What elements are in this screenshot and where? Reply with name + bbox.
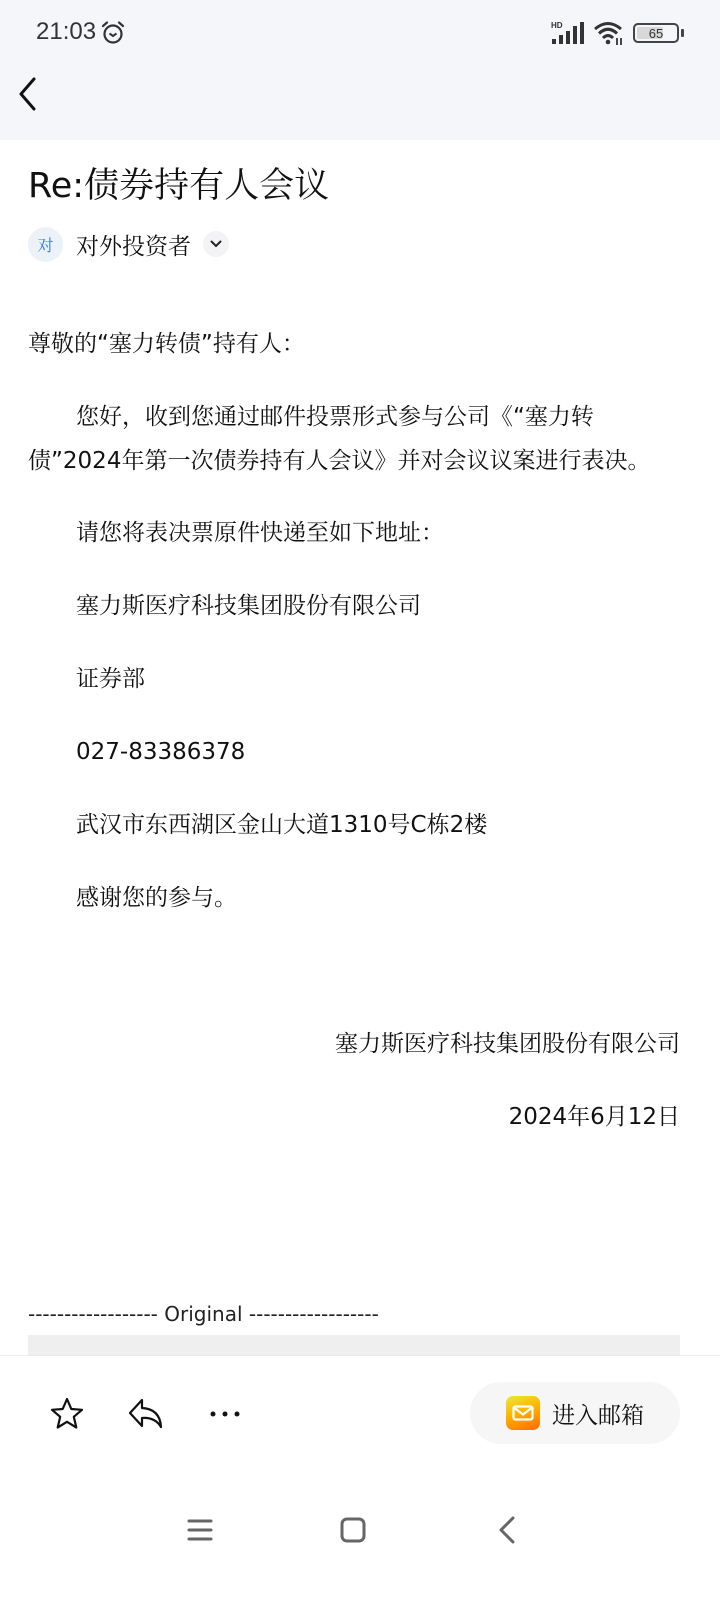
- email-line-thanks: 感谢您的参与。: [76, 876, 680, 920]
- status-time: 21:03: [36, 18, 96, 46]
- status-icons: HD 65: [551, 18, 684, 48]
- nav-home-button[interactable]: [333, 1510, 373, 1550]
- wifi-icon: [593, 20, 625, 46]
- email-line-department: 证券部: [76, 657, 680, 701]
- reply-icon: [127, 1396, 165, 1432]
- chevron-down-icon: [210, 240, 222, 248]
- more-button[interactable]: [203, 1392, 247, 1436]
- battery-level: 65: [649, 26, 663, 41]
- star-icon: [49, 1396, 85, 1432]
- star-button[interactable]: [45, 1392, 89, 1436]
- quoted-message-box: [28, 1335, 680, 1355]
- email-paragraph: 您好，收到您通过邮件投票形式参与公司《“塞力转债”2024年第一次债券持有人会议…: [28, 395, 680, 483]
- svg-text:HD: HD: [551, 21, 563, 30]
- mailbox-logo-icon: [506, 1396, 540, 1430]
- battery-tip: [681, 29, 684, 37]
- enter-mailbox-button[interactable]: 进入邮箱: [470, 1382, 680, 1444]
- alarm-clock-icon: [100, 20, 126, 46]
- email-line-company: 塞力斯医疗科技集团股份有限公司: [76, 584, 680, 628]
- signature-company: 塞力斯医疗科技集团股份有限公司: [335, 1022, 680, 1066]
- battery-indicator: 65: [633, 23, 679, 43]
- nav-back-button[interactable]: [487, 1510, 527, 1550]
- email-line-address: 武汉市东西湖区金山大道1310号C栋2楼: [76, 803, 680, 847]
- back-button[interactable]: [10, 74, 44, 114]
- sender-name[interactable]: 对外投资者: [76, 228, 191, 261]
- email-line-phone[interactable]: 027-83386378: [76, 730, 680, 774]
- top-bar: 21:03 HD 65: [0, 0, 720, 140]
- reply-button[interactable]: [124, 1392, 168, 1436]
- nav-back-icon: [498, 1516, 516, 1544]
- sender-details-toggle[interactable]: [203, 231, 229, 257]
- sender-row: 对 对外投资者: [28, 226, 229, 262]
- nav-menu-button[interactable]: [180, 1510, 220, 1550]
- sender-avatar: 对: [28, 227, 63, 262]
- enter-mailbox-label: 进入邮箱: [552, 1397, 644, 1430]
- menu-icon: [187, 1518, 213, 1542]
- signature-date: 2024年6月12日: [509, 1095, 680, 1139]
- more-icon: [207, 1409, 243, 1419]
- email-greeting: 尊敬的“塞力转债”持有人：: [28, 322, 680, 366]
- chevron-left-icon: [17, 77, 37, 111]
- original-divider: ------------------ Original ------------…: [28, 1302, 379, 1326]
- home-square-icon: [340, 1517, 366, 1543]
- system-navigation-bar: [0, 1500, 720, 1560]
- email-line-request: 请您将表决票原件快递至如下地址：: [76, 511, 680, 555]
- signal-icon: HD: [551, 20, 585, 46]
- email-subject: Re:债券持有人会议: [28, 158, 329, 208]
